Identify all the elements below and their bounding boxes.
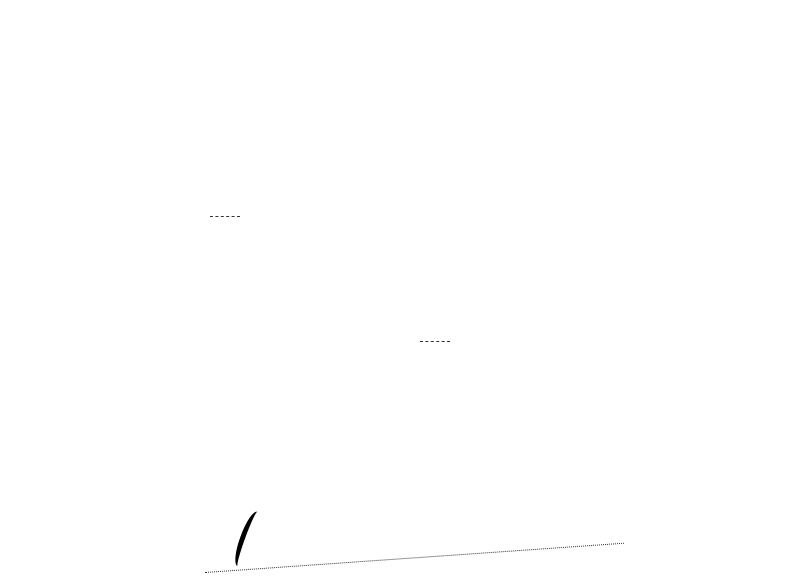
dash-filler [210, 206, 240, 225]
signature-flourish [240, 510, 300, 570]
dash-filler [420, 331, 450, 350]
